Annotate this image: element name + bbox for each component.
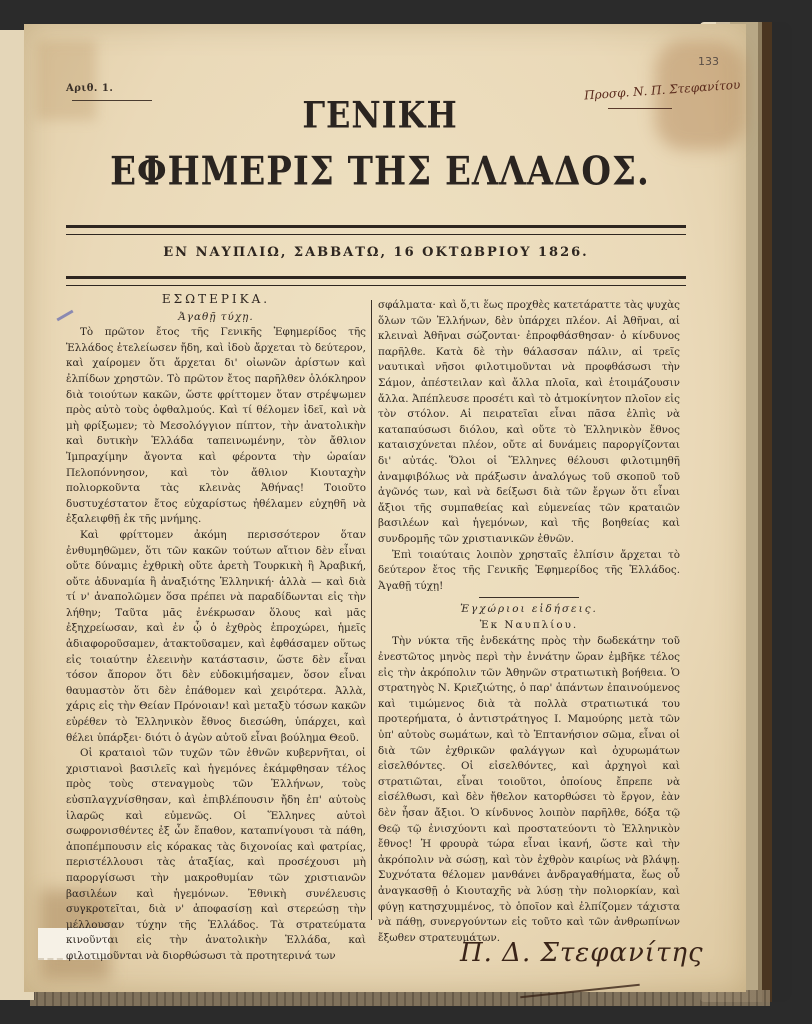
- section-title: ΕΣΩΤΕΡΙΚΑ.: [66, 292, 366, 308]
- news-subheading: Ἐκ Ναυπλίου.: [378, 618, 680, 634]
- article-subtitle: Ἀγαθῇ τύχῃ.: [66, 310, 366, 326]
- handwritten-signature: Π. Δ. Στεφανίτης: [460, 938, 704, 968]
- paragraph: Τὸ πρῶτον ἔτος τῆς Γενικῆς Ἐφημερίδος τῆ…: [66, 325, 366, 528]
- page-number: 133: [698, 55, 719, 68]
- column-divider: [371, 300, 372, 920]
- paragraph: Οἱ κραταιοὶ τῶν τυχῶν τῶν ἐθνῶν κυβερνῆτ…: [66, 746, 366, 964]
- masthead-line-1: ΓΕΝΙΚΗ: [60, 93, 700, 137]
- masthead-line-2: ΕΦΗΜΕΡΙΣ ΤΗΣ ΕΛΛΑΔΟΣ.: [60, 149, 700, 195]
- right-column: σφάλματα· καὶ ὅ,τι ἕως προχθὲς κατετάρατ…: [378, 298, 680, 946]
- paragraph: Τὴν νύκτα τῆς ἑνδεκάτης πρὸς τὴν δωδεκάτ…: [378, 634, 680, 946]
- news-heading: Ἐγχώριοι εἰδήσεις.: [378, 602, 680, 618]
- divider: [479, 597, 579, 598]
- masthead-rule: [66, 225, 686, 235]
- dateline-rule: [66, 276, 686, 286]
- dateline: ΕΝ ΝΑΥΠΛΙΩ, ΣΑΒΒΑΤΩ, 16 ΟΚΤΩΒΡΙΟΥ 1826.: [66, 245, 686, 260]
- paragraph: Ἐπὶ τοιαύταις λοιπὸν χρησταῖς ἐλπίσιν ἄρ…: [378, 548, 680, 595]
- paragraph: σφάλματα· καὶ ὅ,τι ἕως προχθὲς κατετάρατ…: [378, 298, 680, 548]
- left-column: ΕΣΩΤΕΡΙΚΑ. Ἀγαθῇ τύχῃ. Τὸ πρῶτον ἔτος τῆ…: [66, 292, 366, 965]
- paragraph: Καὶ φρίττομεν ἀκόμη περισσότερον ὅταν ἐν…: [66, 528, 366, 746]
- book-bottom-edge: [30, 990, 770, 1006]
